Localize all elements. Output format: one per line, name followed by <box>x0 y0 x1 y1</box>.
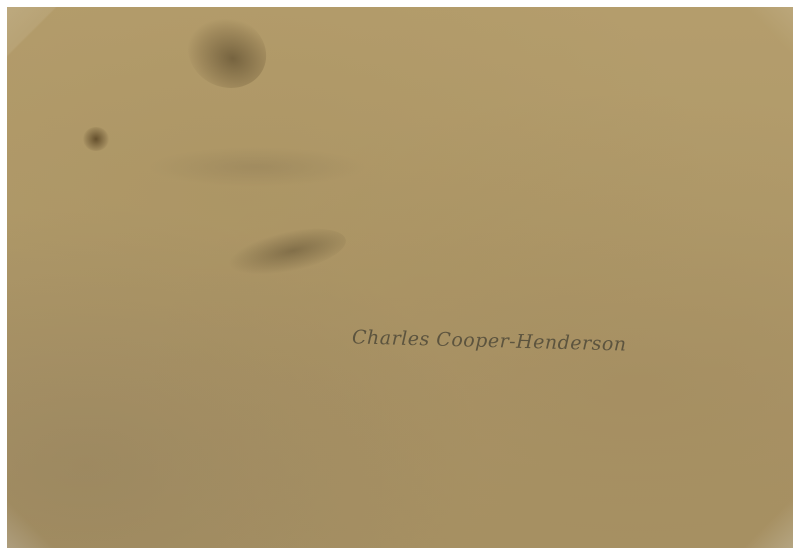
corner-fold-top-left <box>7 7 67 67</box>
corner-fold-top-right <box>733 7 793 67</box>
paper-sheet <box>7 7 793 548</box>
faint-streak <box>147 147 367 187</box>
center-left-smudge <box>224 220 350 284</box>
left-spot <box>83 127 109 151</box>
corner-fold-bottom-right <box>733 488 793 548</box>
top-smudge <box>176 3 278 100</box>
corner-fold-bottom-left <box>7 488 67 548</box>
